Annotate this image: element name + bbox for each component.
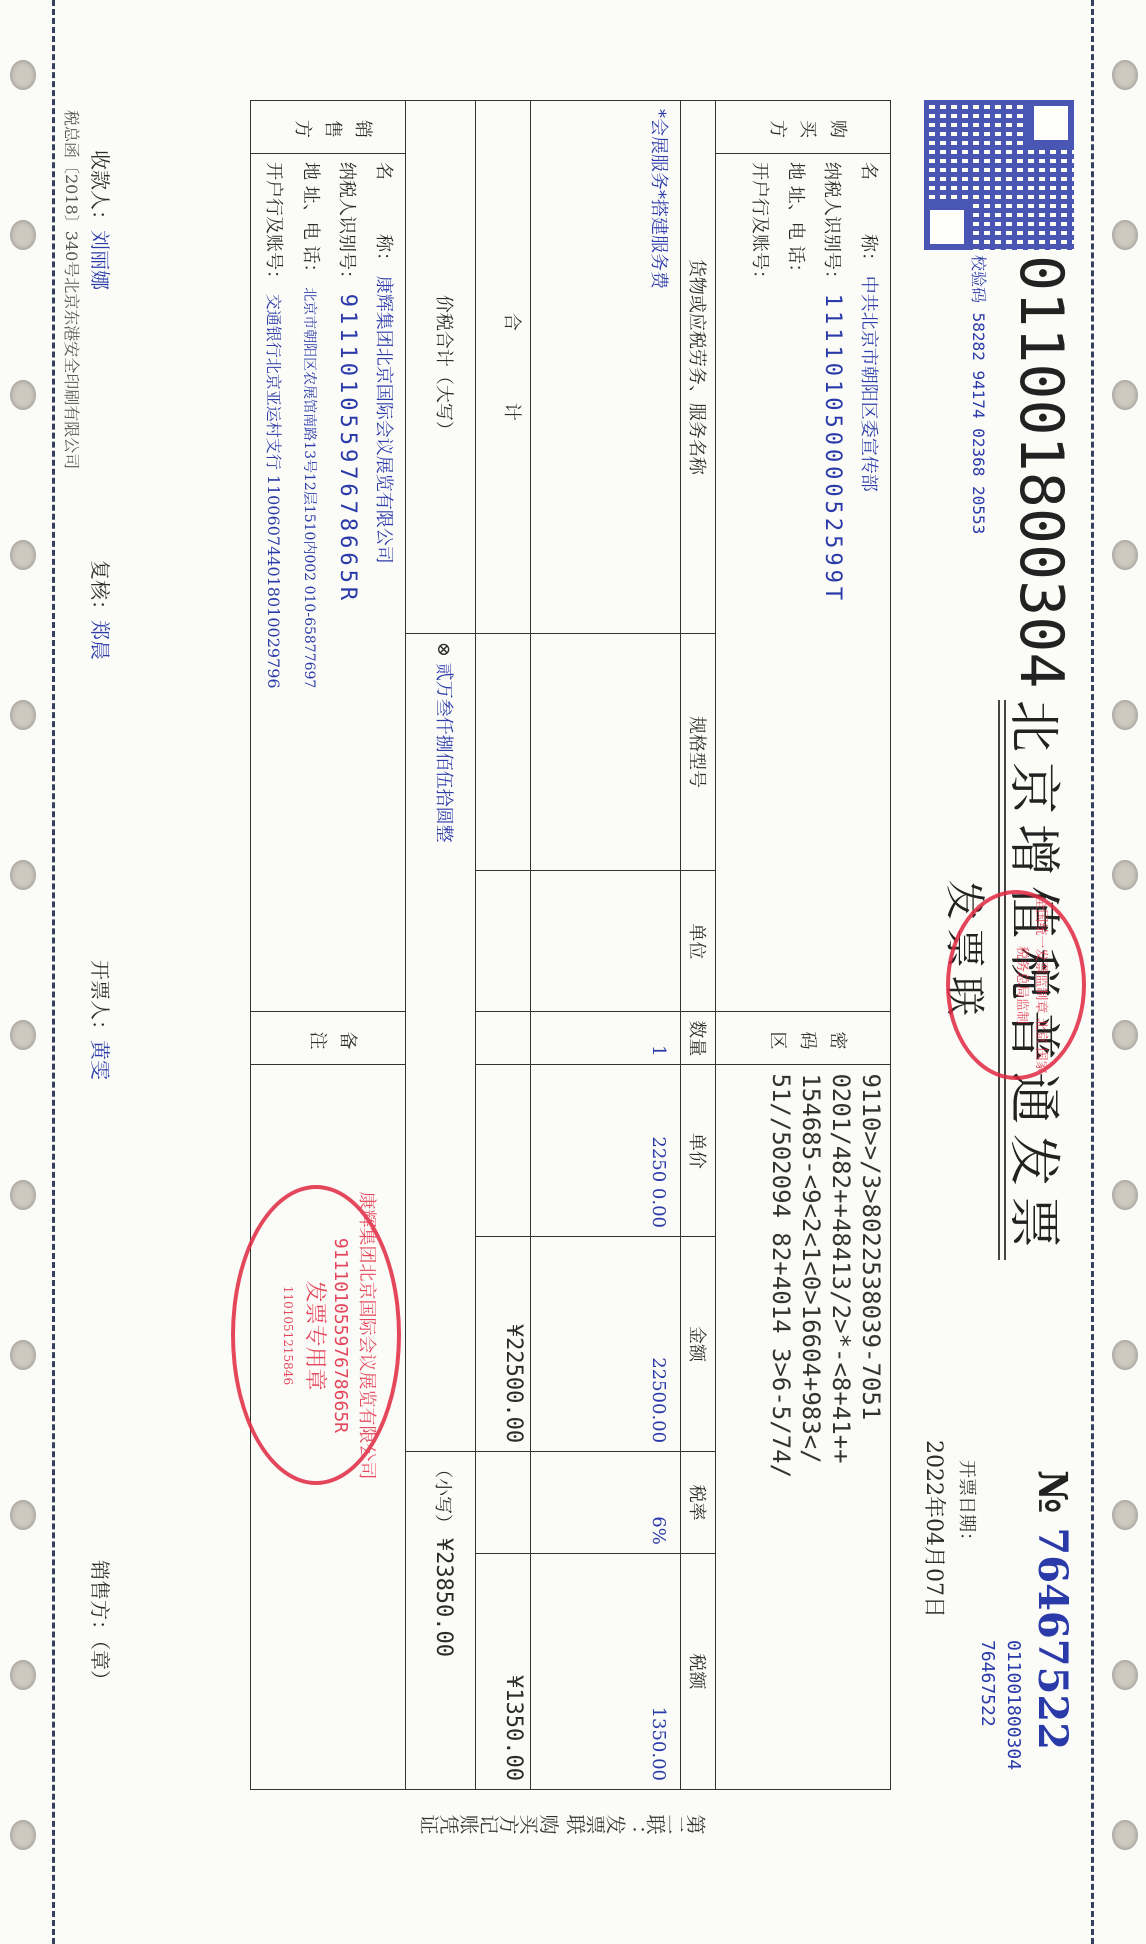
invoice-table: 购买方 名 称： 中共北京市朝阳区委宣传部 纳税人识别号： 1111010500… <box>250 100 891 1790</box>
item-amount: 22500.00 <box>531 1236 681 1451</box>
seller-section-label: 销售方 <box>251 101 406 154</box>
seller-name: 康辉集团北京国际会议展览有限公司 <box>373 276 394 564</box>
item-rate: 6% <box>531 1452 681 1554</box>
tax-bureau-stamp: 全国统一发票监制章 北京 国家税务总局监制 <box>946 890 1086 1080</box>
buyer-name: 中共北京市朝阳区委宣传部 <box>858 276 879 492</box>
issuer: 开票人：黄雯 <box>87 960 116 1080</box>
grand-total-uppercase: 贰万叁仟捌佰伍拾圆整 <box>433 663 454 843</box>
item-name: *会展服务*搭建服务费 <box>531 101 681 634</box>
seller-seal-label: 销售方：（章） <box>87 1560 116 1690</box>
check-code: 校验码 58282 94174 02368 20553 <box>968 255 991 534</box>
invoice-sheet: 011001800304 校验码 58282 94174 02368 20553… <box>0 0 1146 1944</box>
qr-code <box>924 100 1074 250</box>
remarks-area: 康辉集团北京国际会议展览有限公司 91110105597678665R 发票专用… <box>251 1065 406 1790</box>
payee: 收款人：刘丽娜 <box>87 150 116 290</box>
cipher-area: 9110>>/3>8022538039-7051 0201/482++48413… <box>716 1065 891 1790</box>
issue-date: 2022年04月07日 <box>920 1440 951 1618</box>
remarks-label: 备注 <box>251 1012 406 1065</box>
items-header-row: 货物或应税劳务、服务名称 规格型号 单位 数量 单价 金额 税率 税额 <box>681 101 716 1790</box>
grand-total-row: 价税合计（大写） ⊗ 贰万叁仟捌佰伍拾圆整 （小写） ¥23850.00 <box>406 101 476 1790</box>
total-tax: ¥1350.00 <box>476 1553 531 1789</box>
seller-block: 名 称： 康辉集团北京国际会议展览有限公司 纳税人识别号： 9111010559… <box>251 154 406 1012</box>
total-amount: ¥22500.00 <box>476 1236 531 1451</box>
cipher-section-label: 密码区 <box>716 1012 891 1065</box>
seller-taxid: 91110105597678665R <box>335 294 360 604</box>
copy-label: 第二联：发票联 购买方记账凭证 <box>420 1810 706 1836</box>
seller-invoice-seal: 康辉集团北京国际会议展览有限公司 91110105597678665R 发票专用… <box>231 1185 401 1485</box>
tractor-holes-top <box>1102 0 1146 1944</box>
item-price: 2250 0.00 <box>531 1065 681 1237</box>
printer-note: 税总函〔2018〕340号北京东港安全印刷有限公司 <box>61 110 84 469</box>
invoice-code: 011001800304 <box>1006 255 1076 688</box>
tractor-holes-bottom <box>0 0 44 1944</box>
total-row: 合 计 ¥22500.00 ¥1350.00 <box>476 101 531 1790</box>
perforation-bottom <box>52 0 55 1944</box>
buyer-section-label: 购买方 <box>716 101 891 154</box>
item-qty: 1 <box>531 1012 681 1065</box>
perforation-top <box>1091 0 1094 1944</box>
table-row: *会展服务*搭建服务费 1 2250 0.00 22500.00 6% 1350… <box>531 101 681 1790</box>
item-tax: 1350.00 <box>531 1553 681 1789</box>
buyer-block: 名 称： 中共北京市朝阳区委宣传部 纳税人识别号： 11110105000052… <box>716 154 891 1012</box>
code-number-small: 01100180030476467522 <box>974 1640 1026 1770</box>
grand-total-small: ¥23850.00 <box>431 1538 456 1657</box>
buyer-taxid: 11110105000052599T <box>820 294 845 604</box>
invoice-number: № 76467522 <box>1029 1470 1076 1750</box>
date-label: 开票日期： <box>955 1460 981 1550</box>
reviewer: 复核：郑晨 <box>87 560 116 660</box>
seller-address: 北京市朝阳区农展馆南路13号12层1510内002 010-65877697 <box>301 287 317 688</box>
seller-bank: 交通银行北京亚运村支行 110060744018010029796 <box>264 294 283 689</box>
